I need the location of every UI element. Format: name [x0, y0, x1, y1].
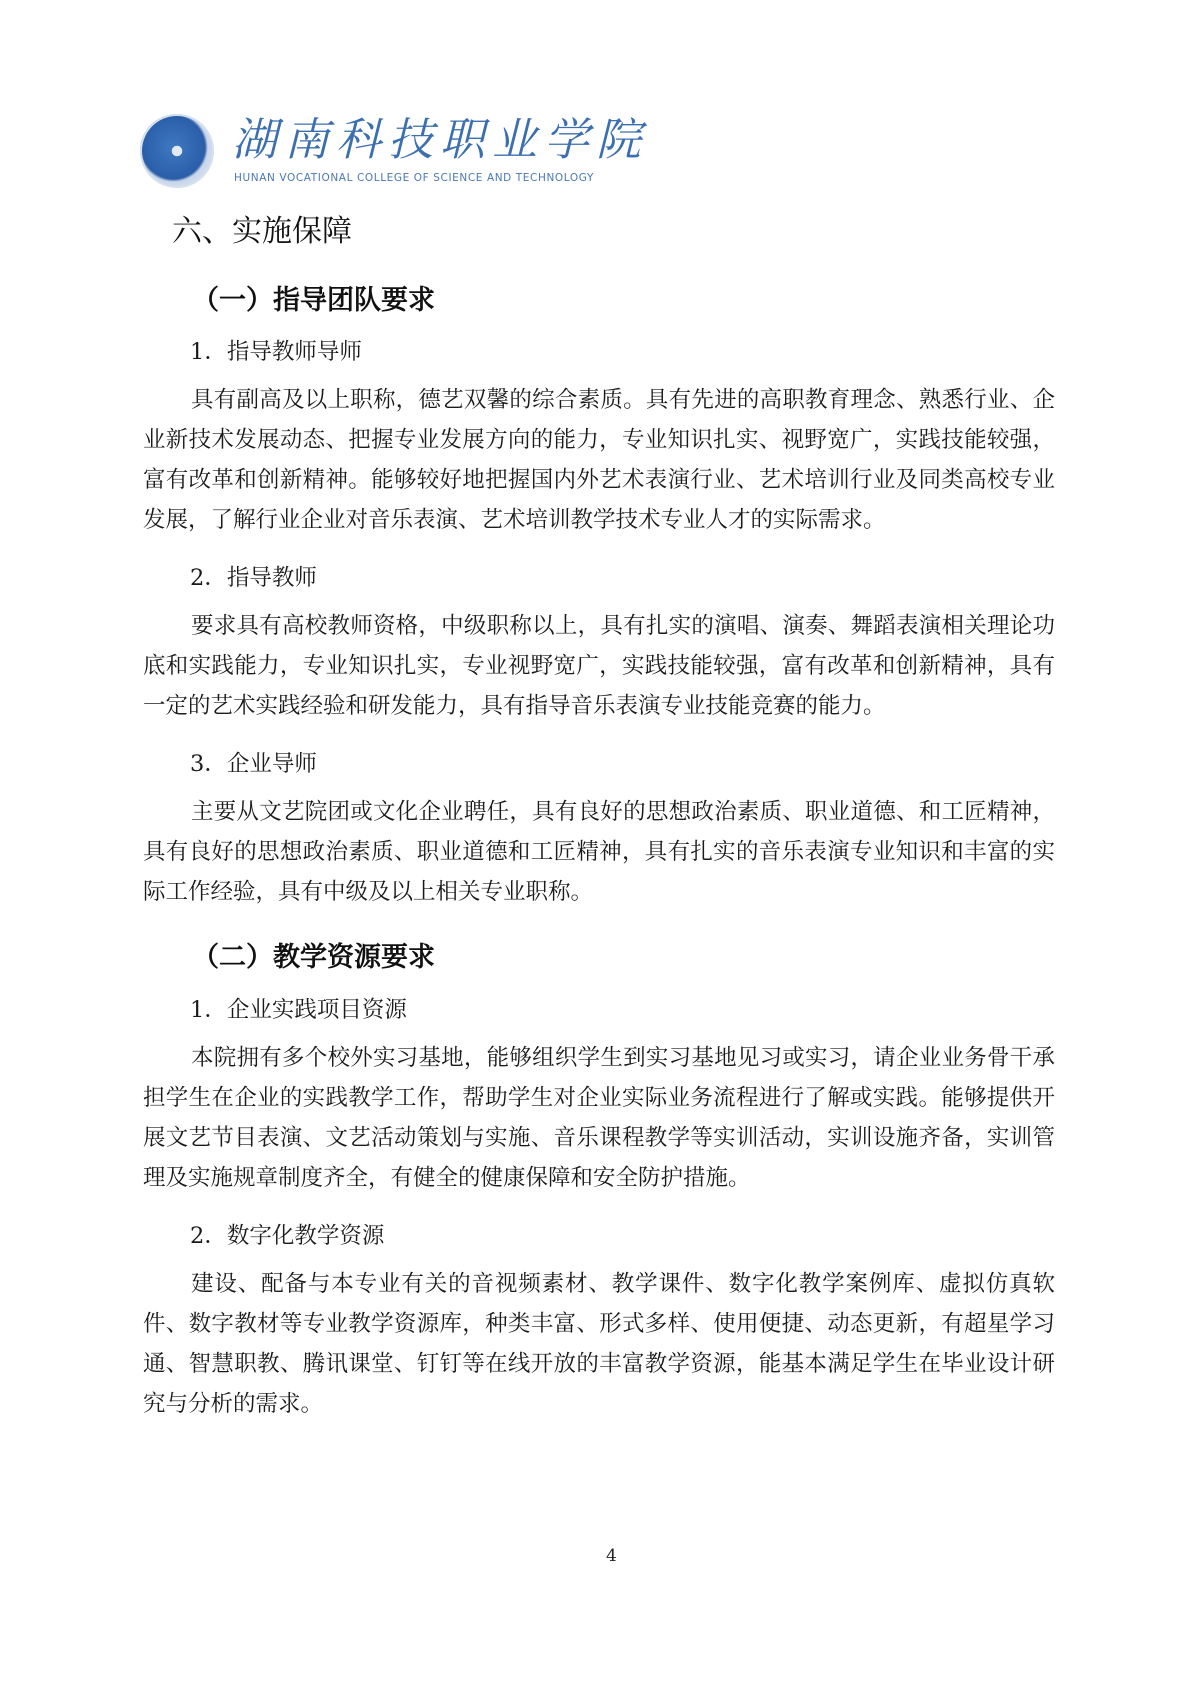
paragraph-advisor-mentor: 具有副高及以上职称，德艺双馨的综合素质。具有先进的高职教育理念、熟悉行业、企业新… [143, 380, 1055, 540]
paragraph-enterprise-practice: 本院拥有多个校外实习基地，能够组织学生到实习基地见习或实习，请企业业务骨干承担学… [143, 1038, 1055, 1198]
logo-english-name: HUNAN VOCATIONAL COLLEGE OF SCIENCE AND … [234, 172, 594, 184]
item-heading-enterprise-practice: 1．企业实践项目资源 [190, 992, 407, 1024]
page-number: 4 [606, 1546, 617, 1566]
item-heading-digital-resources: 2．数字化教学资源 [190, 1218, 384, 1250]
item-heading-advisor-mentor: 1．指导教师导师 [190, 334, 362, 366]
subsection-title-teaching-resources: （二）教学资源要求 [192, 935, 435, 974]
paragraph-digital-resources: 建设、配备与本专业有关的音视频素材、教学课件、数字化教学案例库、虚拟仿真软件、数… [143, 1264, 1055, 1424]
item-heading-advisor: 2．指导教师 [190, 560, 317, 592]
logo-chinese-name: 湖南科技职业学院 [232, 112, 648, 168]
item-heading-enterprise-mentor: 3．企业导师 [190, 746, 317, 778]
section-title: 六、实施保障 [172, 206, 352, 250]
document-page: 湖南科技职业学院 HUNAN VOCATIONAL COLLEGE OF SCI… [0, 0, 1191, 1684]
college-emblem-icon [140, 114, 214, 188]
college-logo: 湖南科技职业学院 HUNAN VOCATIONAL COLLEGE OF SCI… [140, 112, 610, 194]
paragraph-advisor: 要求具有高校教师资格，中级职称以上，具有扎实的演唱、演奏、舞蹈表演相关理论功底和… [143, 606, 1055, 726]
paragraph-enterprise-mentor: 主要从文艺院团或文化企业聘任，具有良好的思想政治素质、职业道德、和工匠精神，具有… [143, 792, 1055, 912]
subsection-title-guidance-team: （一）指导团队要求 [192, 278, 435, 317]
